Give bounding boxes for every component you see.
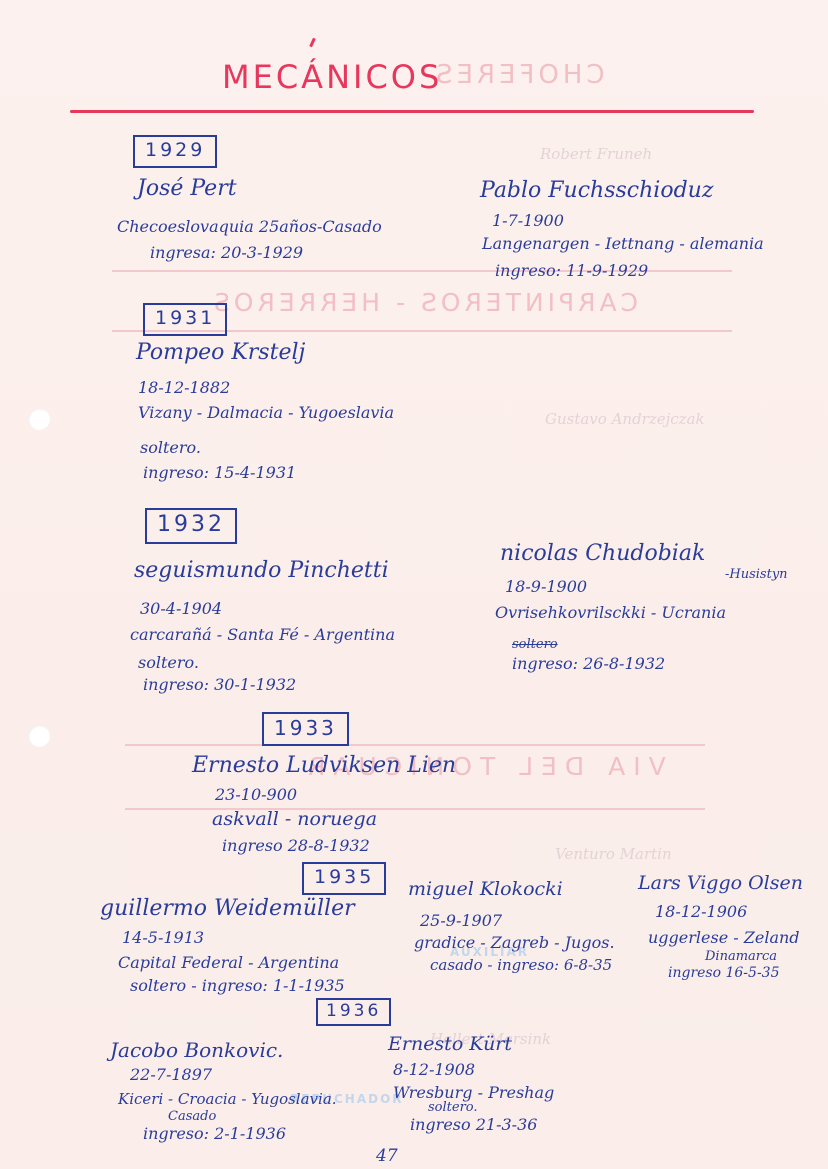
entry-origin: askvall - noruega (212, 810, 377, 829)
entry-name: seguismundo Pinchetti (134, 560, 389, 582)
entry-origin-note: -Husistyn (725, 568, 788, 581)
ghost-handwriting: Gustavo Andrzejczak (545, 410, 705, 428)
entry-birth: 14-5-1913 (122, 930, 204, 946)
entry-birth: 1-7-1900 (492, 213, 564, 229)
entry-birth: 18-12-1882 (138, 380, 230, 396)
entry-name: José Pert (137, 178, 237, 200)
entry-ingreso: ingreso: 26-8-1932 (512, 656, 665, 672)
entry-birth: 22-7-1897 (130, 1067, 212, 1083)
entry-ingreso: ingreso: 15-4-1931 (143, 465, 296, 481)
entry-name: Lars Viggo Olsen (638, 874, 803, 893)
entry-ingreso: ingreso 28-8-1932 (222, 838, 370, 854)
entry-ingreso: ingresa: 20-3-1929 (150, 245, 303, 261)
entry-origin: carcarañá - Santa Fé - Argentina (130, 627, 395, 643)
entry-origin: Kiceri - Croacia - Yugoslavia. (118, 1092, 337, 1107)
ghost-heading-choferes: CHOFERES (432, 60, 605, 90)
year-box-1932: 1932 (145, 508, 237, 544)
entry-status: soltero. (428, 1101, 478, 1114)
entry-birth: 23-10-900 (215, 787, 297, 803)
ghost-rule (125, 744, 705, 746)
year-box-1933: 1933 (262, 712, 349, 746)
entry-ingreso: ingreso: 2-1-1936 (143, 1126, 286, 1142)
entry-status: soltero. (140, 440, 201, 456)
ghost-handwriting: Robert Fruneh (540, 145, 652, 163)
entry-ingreso: ingreso: 30-1-1932 (143, 677, 296, 693)
entry-name: Jacobo Bonkovic. (110, 1040, 283, 1060)
entry-name: nicolas Chudobiak (500, 543, 705, 565)
ghost-handwriting: Venturo Martin (555, 845, 672, 863)
entry-country: Dinamarca (705, 950, 777, 963)
entry-birth: 18-9-1900 (505, 579, 587, 595)
entry-origin: gradice - Zagreb - Jugos. (414, 935, 615, 951)
entry-name: Pablo Fuchsschioduz (480, 180, 713, 202)
ledger-page: CHOFERES CARPINTEROS - HERREROS VIA DEL … (0, 0, 828, 1169)
year-box-1936: 1936 (316, 998, 391, 1026)
page-number: 47 (376, 1146, 398, 1166)
ghost-heading-carpinteros: CARPINTEROS - HERREROS (210, 288, 638, 317)
entry-origin: Vizany - Dalmacia - Yugoeslavia (138, 405, 394, 421)
entry-birth: 18-12-1906 (655, 904, 747, 920)
entry-name: Pompeo Krstelj (136, 342, 305, 364)
title-accent-mark (309, 38, 316, 47)
year-box-1935: 1935 (302, 862, 386, 895)
year-box-1929: 1929 (133, 135, 217, 168)
punch-hole (28, 725, 50, 747)
entry-ingreso: ingreso: 11-9-1929 (495, 263, 648, 279)
title-underline (70, 110, 754, 113)
entry-ingreso: ingreso 21-3-36 (410, 1117, 537, 1133)
entry-status: Casado (168, 1110, 216, 1123)
entry-origin: Checoeslovaquia 25años-Casado (117, 219, 382, 235)
entry-name: guillermo Weidemüller (100, 898, 355, 920)
entry-origin: uggerlese - Zeland (648, 930, 800, 946)
entry-birth: 30-4-1904 (140, 601, 222, 617)
page-title: MECÁNICOS (222, 58, 442, 96)
entry-status-ingreso: casado - ingreso: 6-8-35 (430, 958, 612, 973)
entry-origin: Langenargen - Iettnang - alemania (482, 236, 764, 252)
entry-birth: 8-12-1908 (393, 1062, 475, 1078)
entry-origin: Wresburg - Preshag (393, 1085, 554, 1101)
entry-origin: Capital Federal - Argentina (118, 955, 339, 971)
entry-ingreso: ingreso 16-5-35 (668, 966, 780, 980)
entry-birth: 25-9-1907 (420, 913, 502, 929)
entry-status: soltero (512, 638, 558, 651)
punch-hole (28, 408, 50, 430)
entry-name: Ernesto Kürt (388, 1035, 512, 1054)
entry-name: miguel Klokocki (408, 880, 563, 899)
entry-origin: Ovrisehkovrilsckki - Ucrania (495, 605, 726, 621)
entry-name: Ernesto Ludviksen Lien (192, 755, 456, 777)
year-box-1931: 1931 (143, 303, 227, 336)
entry-status: soltero. (138, 655, 199, 671)
entry-status-ingreso: soltero - ingreso: 1-1-1935 (130, 978, 345, 994)
